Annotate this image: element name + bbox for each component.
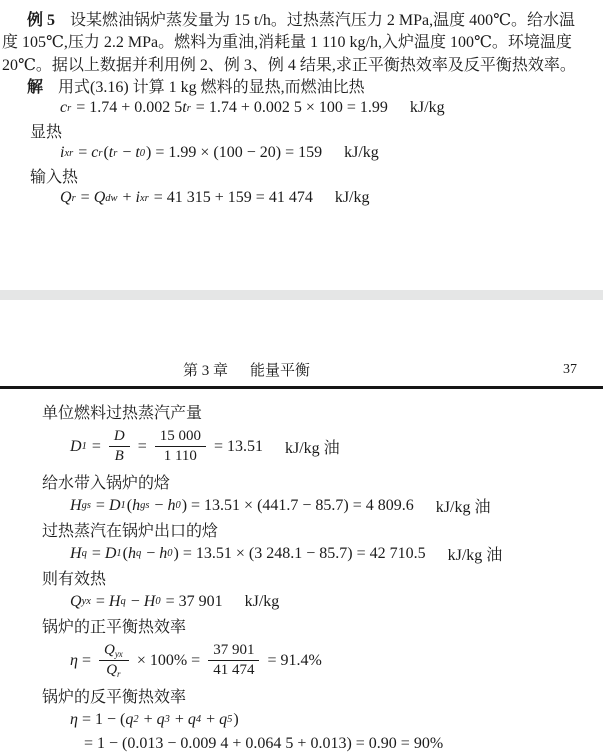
- fraction: 37 90141 474: [208, 642, 259, 680]
- math-text: 1 110: [164, 448, 197, 464]
- math-text: =: [92, 497, 109, 515]
- math-subscript: 0: [167, 548, 172, 559]
- line-text: 度 105℃,压力 2.2 MPa。燃料为重油,消耗量 1 110 kg/h,入…: [2, 29, 572, 52]
- math-text: 15 000: [160, 428, 201, 444]
- math-text: ) = 1.99 × (100 − 20) = 159: [146, 144, 322, 162]
- math-text: = 1 − (: [78, 711, 125, 729]
- formula-line: Qyx = Hq − H0 = 37 901kJ/kg: [0, 590, 603, 614]
- math-variable: D: [105, 545, 117, 563]
- page-content: 单位燃料过热蒸汽产量D1 = DB = 15 0001 110 = 13.51k…: [0, 389, 603, 752]
- math-subscript: 1: [82, 441, 87, 452]
- math-subscript: r: [113, 148, 117, 159]
- math-variable: D: [114, 428, 125, 444]
- unit-text: kJ/kg: [335, 189, 370, 207]
- section-label: 锅炉的正平衡热效率: [0, 614, 603, 638]
- math-variable: H: [70, 545, 82, 563]
- math-variable: Q: [70, 593, 82, 611]
- unit-text: kJ/kg 油: [285, 435, 340, 458]
- math-variable: h: [167, 497, 175, 515]
- math-variable: q: [125, 711, 133, 729]
- math-subscript: 0: [155, 596, 160, 607]
- math-variable: H: [70, 497, 82, 515]
- page-number: 37: [563, 360, 577, 380]
- math-subscript: gs: [82, 500, 91, 511]
- math-text: 41 474: [213, 662, 254, 678]
- section-label: 单位燃料过热蒸汽产量: [0, 400, 603, 424]
- math-variable: D: [109, 497, 121, 515]
- math-variable: Q: [94, 189, 106, 207]
- math-text: = 91.4%: [263, 652, 321, 670]
- math-text: −: [118, 144, 135, 162]
- math-variable: q: [188, 711, 196, 729]
- section-label: 则有效热: [0, 566, 603, 590]
- math-text: = 41 315 + 159 = 41 474: [150, 189, 313, 207]
- math-subscript: r: [72, 193, 76, 204]
- math-text: = 13.51: [210, 438, 263, 456]
- math-subscript: yx: [82, 596, 91, 607]
- math-text: 37 901: [213, 642, 254, 658]
- line-text: 设某燃油锅炉蒸发量为 15 t/h。过热蒸汽压力 2 MPa,温度 400℃。给…: [70, 7, 575, 30]
- page-break-seam: [0, 290, 603, 300]
- math-variable: B: [115, 448, 124, 464]
- text-line: 例 5设某燃油锅炉蒸发量为 15 t/h。过热蒸汽压力 2 MPa,温度 400…: [2, 7, 601, 30]
- math-variable: Q: [106, 662, 117, 678]
- math-subscript: r: [98, 148, 102, 159]
- text-line: 解用式(3.16) 计算 1 kg 燃料的显热,而燃油比热: [2, 75, 601, 98]
- math-subscript: xr: [64, 148, 73, 159]
- text-line: 度 105℃,压力 2.2 MPa。燃料为重油,消耗量 1 110 kg/h,入…: [2, 30, 601, 53]
- unit-text: kJ/kg: [344, 144, 379, 162]
- line-text: 用式(3.16) 计算 1 kg 燃料的显热,而燃油比热: [58, 74, 365, 97]
- math-subscript: 4: [196, 714, 201, 725]
- math-variable: Q: [104, 642, 115, 658]
- math-text: =: [78, 652, 95, 670]
- example-5-section: 例 5设某燃油锅炉蒸发量为 15 t/h。过热蒸汽压力 2 MPa,温度 400…: [0, 0, 603, 210]
- math-subscript: 1: [116, 548, 121, 559]
- formula-line: Hgs = D1(hgs − h0) = 13.51 × (441.7 − 85…: [0, 494, 603, 518]
- math-text: +: [140, 711, 157, 729]
- math-text: −: [150, 497, 167, 515]
- math-variable: q: [157, 711, 165, 729]
- math-subscript: gs: [140, 500, 149, 511]
- math-text: +: [171, 711, 188, 729]
- scanned-page: 例 5设某燃油锅炉蒸发量为 15 t/h。过热蒸汽压力 2 MPa,温度 400…: [0, 0, 603, 752]
- math-variable: h: [132, 497, 140, 515]
- math-text: =: [88, 545, 105, 563]
- fraction: 15 0001 110: [155, 428, 206, 466]
- math-text: = 1.74 + 0.002 5 × 100 = 1.99: [192, 99, 388, 117]
- math-variable: c: [60, 99, 67, 117]
- formula-line: cr = 1.74 + 0.002 5tr = 1.74 + 0.002 5 ×…: [2, 97, 601, 120]
- math-variable: h: [159, 545, 167, 563]
- math-text: × 100% =: [133, 652, 204, 670]
- math-subscript: 1: [121, 500, 126, 511]
- math-variable: h: [128, 545, 136, 563]
- math-subscript: 0: [175, 500, 180, 511]
- math-variable: q: [219, 711, 227, 729]
- math-variable: η: [70, 652, 78, 670]
- bold-label: 解: [27, 74, 43, 97]
- math-subscript: 3: [165, 714, 170, 725]
- math-text: +: [202, 711, 219, 729]
- section-label: 显热: [2, 120, 601, 143]
- math-text: ) = 13.51 × (441.7 − 85.7) = 4 809.6: [182, 497, 414, 515]
- math-text: = 37 901: [162, 593, 223, 611]
- math-subscript: q: [82, 548, 87, 559]
- math-subscript: dw: [105, 193, 117, 204]
- math-text: = 1.74 + 0.002 5: [72, 99, 182, 117]
- math-text: =: [134, 438, 151, 456]
- math-text: −: [127, 593, 144, 611]
- unit-text: kJ/kg 油: [436, 494, 491, 517]
- math-subscript: xr: [140, 193, 149, 204]
- fraction: DB: [109, 428, 130, 466]
- math-subscript: 0: [140, 148, 145, 159]
- math-subscript: 2: [133, 714, 138, 725]
- formula-line: Hq = D1(hq − h0) = 13.51 × (3 248.1 − 85…: [0, 542, 603, 566]
- unit-text: kJ/kg 油: [448, 542, 503, 565]
- math-variable: H: [144, 593, 156, 611]
- chapter-heading: 第 3 章 能量平衡: [183, 359, 310, 380]
- math-variable: H: [109, 593, 121, 611]
- math-text: ): [233, 711, 238, 729]
- math-text: =: [92, 593, 109, 611]
- formula-line: η = QyxQr × 100% = 37 90141 474 = 91.4%: [0, 638, 603, 684]
- chapter-number: 第 3 章: [183, 359, 228, 380]
- example-paragraph: 例 5设某燃油锅炉蒸发量为 15 t/h。过热蒸汽压力 2 MPa,温度 400…: [2, 7, 601, 97]
- math-subscript: r: [117, 669, 121, 679]
- math-text: =: [88, 438, 105, 456]
- unit-text: kJ/kg: [410, 99, 445, 117]
- math-text: =: [77, 189, 94, 207]
- chapter-title: 能量平衡: [250, 359, 310, 380]
- formula-line: η = 1 − (q2 + q3 + q4 + q5): [0, 708, 603, 732]
- unit-text: kJ/kg: [245, 593, 280, 611]
- math-variable: η: [70, 711, 78, 729]
- text-line: 20℃。据以上数据并利用例 2、例 3、例 4 结果,求正平衡热效率及反平衡热效…: [2, 52, 601, 75]
- formula-line: ixr = cr(tr − t0) = 1.99 × (100 − 20) = …: [2, 142, 601, 165]
- math-text: −: [142, 545, 159, 563]
- formula-line: D1 = DB = 15 0001 110 = 13.51kJ/kg 油: [0, 424, 603, 470]
- math-subscript: 5: [227, 714, 232, 725]
- math-subscript: r: [187, 103, 191, 114]
- math-variable: D: [70, 438, 82, 456]
- fraction: QyxQr: [99, 642, 129, 680]
- math-subscript: q: [120, 596, 125, 607]
- line-text: 20℃。据以上数据并利用例 2、例 3、例 4 结果,求正平衡热效率及反平衡热效…: [2, 52, 576, 75]
- math-variable: c: [91, 144, 98, 162]
- bold-label: 例 5: [27, 7, 55, 30]
- solution-lines: cr = 1.74 + 0.002 5tr = 1.74 + 0.002 5 ×…: [2, 97, 601, 210]
- formula-line: Qr = Qdw + ixr = 41 315 + 159 = 41 474kJ…: [2, 187, 601, 210]
- section-label: 给水带入锅炉的焓: [0, 470, 603, 494]
- math-subscript: yx: [115, 649, 123, 659]
- formula-line: = 1 − (0.013 − 0.009 4 + 0.064 5 + 0.013…: [0, 732, 603, 752]
- math-subscript: r: [67, 103, 71, 114]
- math-variable: Q: [60, 189, 72, 207]
- math-subscript: q: [136, 548, 141, 559]
- math-text: =: [74, 144, 91, 162]
- math-text: ) = 13.51 × (3 248.1 − 85.7) = 42 710.5: [174, 545, 426, 563]
- section-label: 锅炉的反平衡热效率: [0, 684, 603, 708]
- section-label: 过热蒸汽在锅炉出口的焓: [0, 518, 603, 542]
- math-text: +: [119, 189, 136, 207]
- section-label: 输入热: [2, 165, 601, 188]
- math-text: = 1 − (0.013 − 0.009 4 + 0.064 5 + 0.013…: [84, 735, 443, 752]
- page-header: 第 3 章 能量平衡 37: [0, 360, 603, 380]
